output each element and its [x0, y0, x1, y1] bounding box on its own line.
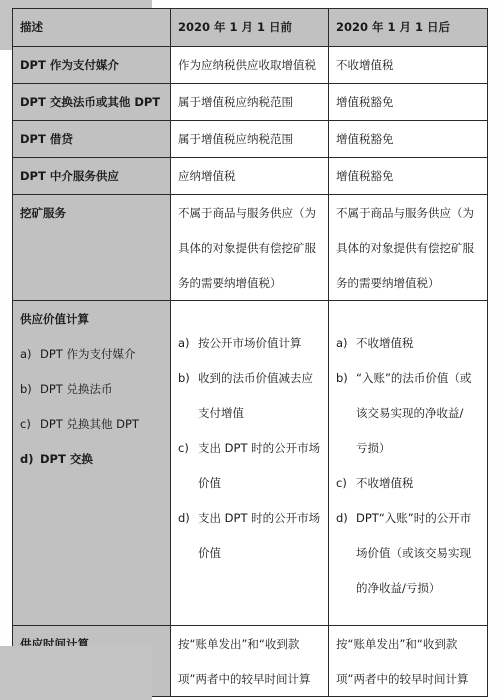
text-line: 不属于商品与服务供应（为: [336, 205, 480, 222]
sub-item-text: DPT“入账”时的公开市: [356, 510, 480, 527]
row-before: 属于增值税应纳税范围: [171, 84, 329, 121]
row-description: DPT 交换法币或其他 DPT: [13, 84, 171, 121]
table-row: DPT 作为支付媒介 作为应纳税供应收取增值税 不收增值税: [13, 47, 488, 84]
row-before: 属于增值税应纳税范围: [171, 121, 329, 158]
sub-item-label: c): [20, 416, 40, 433]
sub-item: c) DPT 兑换其他 DPT: [20, 416, 163, 433]
row-after: a) 不收增值税 b) “入账”的法币价值（或 该交易实现的净收益/ 亏损） c…: [329, 301, 488, 626]
header-after-2020: 2020 年 1 月 1 日后: [329, 9, 488, 47]
sub-item-text: 支出 DPT 时的公开市场: [198, 510, 321, 527]
sub-item-text: DPT 交换: [40, 451, 163, 468]
sub-item-text: “入账”的法币价值（或: [356, 370, 480, 387]
sub-item-text: 不收增值税: [356, 475, 480, 492]
sub-item: b) “入账”的法币价值（或 该交易实现的净收益/ 亏损）: [336, 370, 480, 457]
row-after: 增值税豁免: [329, 158, 488, 195]
table-header-row: 描述 2020 年 1 月 1 日前 2020 年 1 月 1 日后: [13, 9, 488, 47]
row-after: 不收增值税: [329, 47, 488, 84]
sub-item-label: d): [20, 451, 40, 468]
table-row: DPT 中介服务供应 应纳增值税 增值税豁免: [13, 158, 488, 195]
sub-item: b) DPT 兑换法币: [20, 381, 163, 398]
row-before: 作为应纳税供应收取增值税: [171, 47, 329, 84]
row-after: 按“账单发出”和“收到款 项”两者中的较早时间计算: [329, 626, 488, 697]
sub-item: d) DPT 交换: [20, 451, 163, 468]
sub-item: b) 收到的法币价值减去应 支付增值: [178, 370, 321, 422]
sub-item: a) 不收增值税: [336, 335, 480, 352]
section-title: 供应价值计算: [20, 311, 163, 328]
sub-item-text: 场价值（或该交易实现: [356, 545, 480, 562]
sub-item-text: 该交易实现的净收益/: [356, 405, 480, 422]
table-row: 供应价值计算 a) DPT 作为支付媒介 b) DPT 兑换法币 c) DPT …: [13, 301, 488, 626]
sub-item-label: c): [336, 475, 356, 492]
sub-item-label: a): [336, 335, 356, 352]
text-line: 具体的对象提供有偿挖矿服: [178, 240, 321, 257]
sub-item-text: DPT 兑换其他 DPT: [40, 416, 163, 433]
sub-item-text: 支付增值: [198, 405, 321, 422]
row-description: 供应价值计算 a) DPT 作为支付媒介 b) DPT 兑换法币 c) DPT …: [13, 301, 171, 626]
row-description: DPT 借贷: [13, 121, 171, 158]
row-before: 不属于商品与服务供应（为 具体的对象提供有偿挖矿服 务的需要纳增值税）: [171, 195, 329, 301]
sub-item-text: DPT 作为支付媒介: [40, 346, 163, 363]
row-after: 增值税豁免: [329, 84, 488, 121]
sub-item-label: d): [178, 510, 198, 562]
overlay-patch-bottom: [0, 646, 152, 700]
table-row: 挖矿服务 不属于商品与服务供应（为 具体的对象提供有偿挖矿服 务的需要纳增值税）…: [13, 195, 488, 301]
sub-item: a) DPT 作为支付媒介: [20, 346, 163, 363]
page: 描述 2020 年 1 月 1 日前 2020 年 1 月 1 日后 DPT 作…: [0, 0, 500, 700]
sub-item-label: d): [336, 510, 356, 597]
text-line: 项”两者中的较早时间计算: [336, 671, 480, 688]
text-line: 务的需要纳增值税）: [336, 275, 480, 292]
header-description: 描述: [13, 9, 171, 47]
sub-item-label: a): [20, 346, 40, 363]
row-after: 增值税豁免: [329, 121, 488, 158]
row-before: a) 按公开市场价值计算 b) 收到的法币价值减去应 支付增值 c) 支出 D: [171, 301, 329, 626]
table-row: DPT 交换法币或其他 DPT 属于增值税应纳税范围 增值税豁免: [13, 84, 488, 121]
sub-item-label: c): [178, 440, 198, 492]
sub-item-text: 不收增值税: [356, 335, 480, 352]
sub-item-text: 价值: [198, 475, 321, 492]
text-line: 不属于商品与服务供应（为: [178, 205, 321, 222]
sub-item-text: DPT 兑换法币: [40, 381, 163, 398]
sub-item-label: b): [20, 381, 40, 398]
sub-item-label: b): [178, 370, 198, 422]
sub-item: c) 不收增值税: [336, 475, 480, 492]
text-line: 按“账单发出”和“收到款: [178, 636, 321, 653]
sub-item-text: 的净收益/亏损）: [356, 580, 480, 597]
sub-item: d) DPT“入账”时的公开市 场价值（或该交易实现 的净收益/亏损）: [336, 510, 480, 597]
sub-item-text: 按公开市场价值计算: [198, 335, 321, 352]
sub-item-text: 亏损）: [356, 440, 480, 457]
vat-comparison-table: 描述 2020 年 1 月 1 日前 2020 年 1 月 1 日后 DPT 作…: [12, 8, 488, 697]
text-line: 具体的对象提供有偿挖矿服: [336, 240, 480, 257]
text-line: 按“账单发出”和“收到款: [336, 636, 480, 653]
row-after: 不属于商品与服务供应（为 具体的对象提供有偿挖矿服 务的需要纳增值税）: [329, 195, 488, 301]
sub-item: d) 支出 DPT 时的公开市场 价值: [178, 510, 321, 562]
sub-item-text: 支出 DPT 时的公开市场: [198, 440, 321, 457]
sub-item-label: b): [336, 370, 356, 457]
sub-item-label: a): [178, 335, 198, 352]
row-description: 挖矿服务: [13, 195, 171, 301]
text-line: 项”两者中的较早时间计算: [178, 671, 321, 688]
row-description: DPT 作为支付媒介: [13, 47, 171, 84]
row-before: 应纳增值税: [171, 158, 329, 195]
row-description: DPT 中介服务供应: [13, 158, 171, 195]
header-before-2020: 2020 年 1 月 1 日前: [171, 9, 329, 47]
sub-item: a) 按公开市场价值计算: [178, 335, 321, 352]
sub-item: c) 支出 DPT 时的公开市场 价值: [178, 440, 321, 492]
sub-item-text: 收到的法币价值减去应: [198, 370, 321, 387]
sub-item-text: 价值: [198, 545, 321, 562]
table-row: DPT 借贷 属于增值税应纳税范围 增值税豁免: [13, 121, 488, 158]
text-line: 务的需要纳增值税）: [178, 275, 321, 292]
row-before: 按“账单发出”和“收到款 项”两者中的较早时间计算: [171, 626, 329, 697]
